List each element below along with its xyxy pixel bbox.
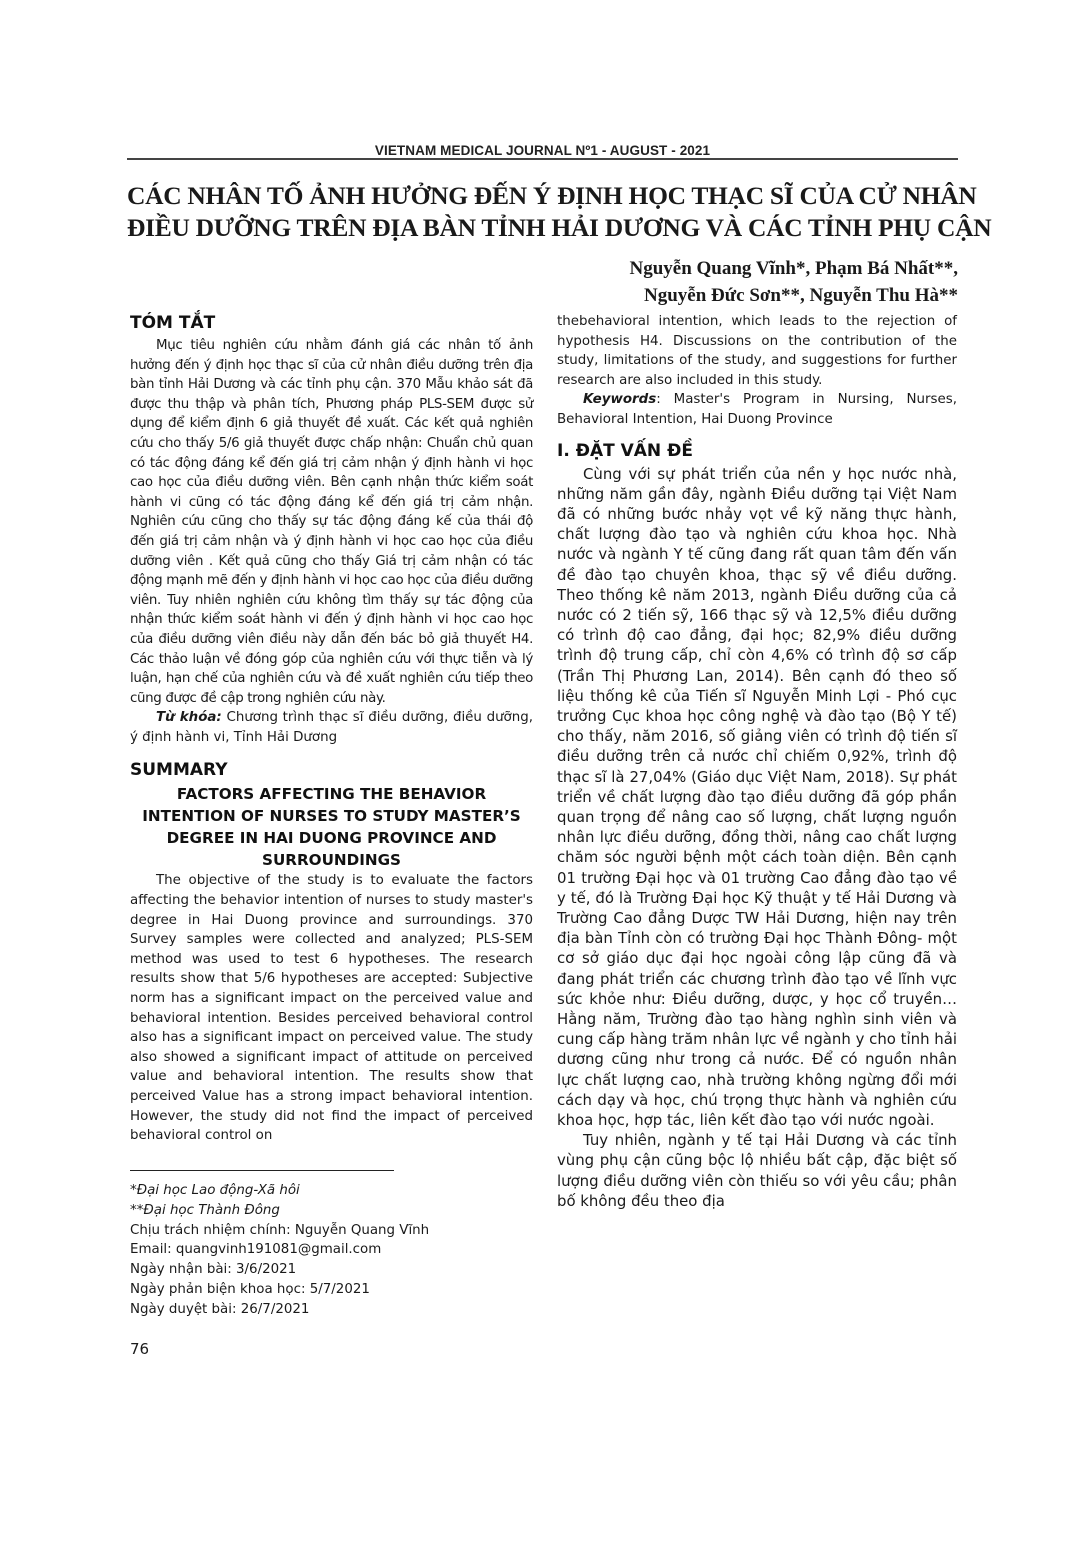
journal-page: VIETNAM MEDICAL JOURNAL Nº1 - AUGUST - 2… xyxy=(0,0,1090,1541)
header-rule xyxy=(127,158,958,160)
corresponding-author: Chịu trách nhiệm chính: Nguyễn Quang Vĩn… xyxy=(130,1221,429,1241)
author-line-2: Nguyễn Đức Sơn**, Nguyễn Thu Hà** xyxy=(629,282,958,309)
affiliation-2: **Đại học Thành Đông xyxy=(130,1201,429,1221)
summary-title: FACTORS AFFECTING THE BEHAVIOR INTENTION… xyxy=(130,783,533,871)
keywords-label: Từ khóa: xyxy=(156,710,222,725)
abstract-vietnamese: TÓM TẮT Mục tiêu nghiên cứu nhằm đánh gi… xyxy=(130,312,533,747)
abstract-body: Mục tiêu nghiên cứu nhằm đánh giá các nh… xyxy=(130,336,533,708)
date-reviewed: Ngày phản biện khoa học: 5/7/2021 xyxy=(130,1280,429,1300)
intro-paragraph-1: Cùng với sự phát triển của nền y học nướ… xyxy=(557,464,957,1131)
keywords-en-label: Keywords xyxy=(583,392,656,407)
abstract-heading: TÓM TẮT xyxy=(130,312,533,334)
summary-body-part-1: The objective of the study is to evaluat… xyxy=(130,871,533,1145)
date-accepted: Ngày duyệt bài: 26/7/2021 xyxy=(130,1300,429,1320)
abstract-english: SUMMARY FACTORS AFFECTING THE BEHAVIOR I… xyxy=(130,759,533,1145)
keywords-en: Keywords: Master's Program in Nursing, N… xyxy=(557,390,957,429)
section-heading: I. ĐẶT VẤN ĐỀ xyxy=(557,440,957,462)
footnotes: *Đại học Lao động-Xã hôi **Đại học Thành… xyxy=(130,1181,429,1320)
right-column: thebehavioral intention, which leads to … xyxy=(557,312,957,1211)
email: Email: quangvinh191081@gmail.com xyxy=(130,1240,429,1260)
footnote-rule xyxy=(130,1170,394,1171)
keywords-vi: Từ khóa: Chương trình thạc sĩ điều dưỡng… xyxy=(130,708,533,747)
date-received: Ngày nhận bài: 3/6/2021 xyxy=(130,1260,429,1280)
summary-body-part-2: thebehavioral intention, which leads to … xyxy=(557,312,957,390)
author-list: Nguyễn Quang Vĩnh*, Phạm Bá Nhất**, Nguy… xyxy=(629,255,958,309)
left-column: TÓM TẮT Mục tiêu nghiên cứu nhằm đánh gi… xyxy=(130,312,533,1146)
affiliation-1: *Đại học Lao động-Xã hôi xyxy=(130,1181,429,1201)
author-line-1: Nguyễn Quang Vĩnh*, Phạm Bá Nhất**, xyxy=(629,255,958,282)
article-title: CÁC NHÂN TỐ ẢNH HƯỞNG ĐẾN Ý ĐỊNH HỌC THẠ… xyxy=(127,180,958,244)
section-introduction: I. ĐẶT VẤN ĐỀ Cùng với sự phát triển của… xyxy=(557,440,957,1212)
page-number: 76 xyxy=(130,1340,149,1358)
article-title-line-2: ĐIỀU DƯỠNG TRÊN ĐỊA BÀN TỈNH HẢI DƯƠNG V… xyxy=(127,212,958,244)
intro-paragraph-2: Tuy nhiên, ngành y tế tại Hải Dương và c… xyxy=(557,1130,957,1211)
summary-heading: SUMMARY xyxy=(130,759,533,781)
running-header: VIETNAM MEDICAL JOURNAL Nº1 - AUGUST - 2… xyxy=(127,143,958,158)
article-title-line-1: CÁC NHÂN TỐ ẢNH HƯỞNG ĐẾN Ý ĐỊNH HỌC THẠ… xyxy=(127,180,958,212)
